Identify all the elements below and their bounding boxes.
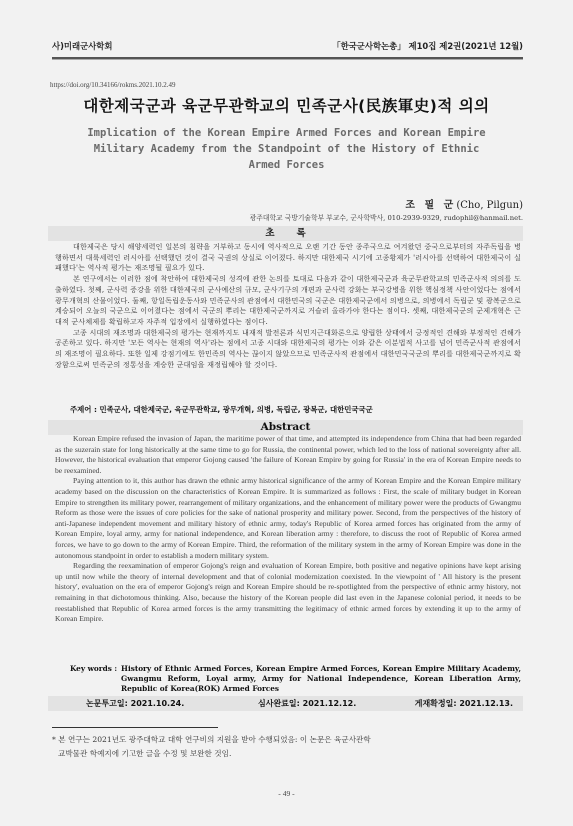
korean-keywords: 주제어 : 민족군사, 대한제국군, 육군무관학교, 광무개혁, 의병, 독립군… xyxy=(70,404,373,415)
keywords-label: 주제어 : xyxy=(70,405,97,414)
footnote: * 본 연구는 2021년도 광주대학교 대학 연구비의 지원을 받아 수행되었… xyxy=(52,733,521,761)
running-header: 사)미래군사학회 「한국군사학논총」 제10집 제2권(2021년 12월) xyxy=(52,40,523,54)
footnote-rule xyxy=(52,727,218,728)
author-name-english: (Cho, Pilgun) xyxy=(456,200,523,211)
english-abstract-heading: Abstract xyxy=(48,420,523,435)
author: 조 필 군(Cho, Pilgun) xyxy=(405,196,523,211)
abstract-paragraph: 고종 시대의 재조명과 대한제국의 평가는 현재까지도 내재적 발전론과 식민지… xyxy=(55,328,521,371)
abstract-paragraph: 본 연구에서는 이러한 점에 착안하여 대한제국의 성격에 관한 논의를 토대로… xyxy=(55,274,521,328)
doi-link[interactable]: https://doi.org/10.34166/rokms.2021.10.2… xyxy=(50,81,176,89)
paper-page: 사)미래군사학회 「한국군사학논총」 제10집 제2권(2021년 12월) h… xyxy=(0,0,573,826)
english-title-line: Armed Forces xyxy=(50,157,523,173)
header-rule xyxy=(52,57,523,60)
abstract-paragraph: 대한제국은 당시 해양세력인 일본의 침략을 거부하고 동시에 역사적으로 오랜… xyxy=(55,242,521,274)
abstract-paragraph: Korean Empire refused the invasion of Ja… xyxy=(55,434,521,476)
author-affiliation: 광주대학교 국방기술학부 부교수, 군사학박사, 010-2939-9329, … xyxy=(250,212,523,222)
korean-abstract: 대한제국은 당시 해양세력인 일본의 침략을 거부하고 동시에 역사적으로 오랜… xyxy=(55,242,521,370)
abstract-paragraph: Regarding the reexamination of emperor G… xyxy=(55,561,521,625)
english-abstract: Korean Empire refused the invasion of Ja… xyxy=(55,434,521,625)
korean-title: 대한제국군과 육군무관학교의 민족군사(民族軍史)적 의의 xyxy=(0,94,573,116)
journal-info: 「한국군사학논총」 제10집 제2권(2021년 12월) xyxy=(332,40,523,52)
footnote-line: * 본 연구는 2021년도 광주대학교 대학 연구비의 지원을 받아 수행되었… xyxy=(52,733,521,747)
footnote-line: 교박물관 학예지에 기고한 글을 수정 및 보완한 것임. xyxy=(52,747,521,761)
submitted-date: 논문투고일: 2021.10.24. xyxy=(86,696,184,711)
korean-abstract-heading: 초록 xyxy=(48,226,523,241)
english-keywords: Key words : History of Ethnic Armed Forc… xyxy=(70,664,521,694)
author-name-korean: 조 필 군 xyxy=(405,200,456,211)
keywords-label: Key words : xyxy=(70,664,117,694)
publisher-name: 사)미래군사학회 xyxy=(52,40,112,52)
keywords-list: History of Ethnic Armed Forces, Korean E… xyxy=(121,664,521,694)
keywords-list: 민족군사, 대한제국군, 육군무관학교, 광무개혁, 의병, 독립군, 광복군,… xyxy=(100,405,373,414)
english-title-line: Implication of the Korean Empire Armed F… xyxy=(50,125,523,141)
accepted-date: 게재확정일: 2021.12.13. xyxy=(415,696,513,711)
abstract-paragraph: Paying attention to it, this author has … xyxy=(55,476,521,561)
english-title-line: Military Academy from the Standpoint of … xyxy=(50,141,523,157)
english-title: Implication of the Korean Empire Armed F… xyxy=(50,125,523,173)
publication-dates: 논문투고일: 2021.10.24. 심사완료일: 2021.12.12. 게재… xyxy=(48,696,523,711)
reviewed-date: 심사완료일: 2021.12.12. xyxy=(258,696,356,711)
page-number: - 49 - xyxy=(0,789,573,798)
